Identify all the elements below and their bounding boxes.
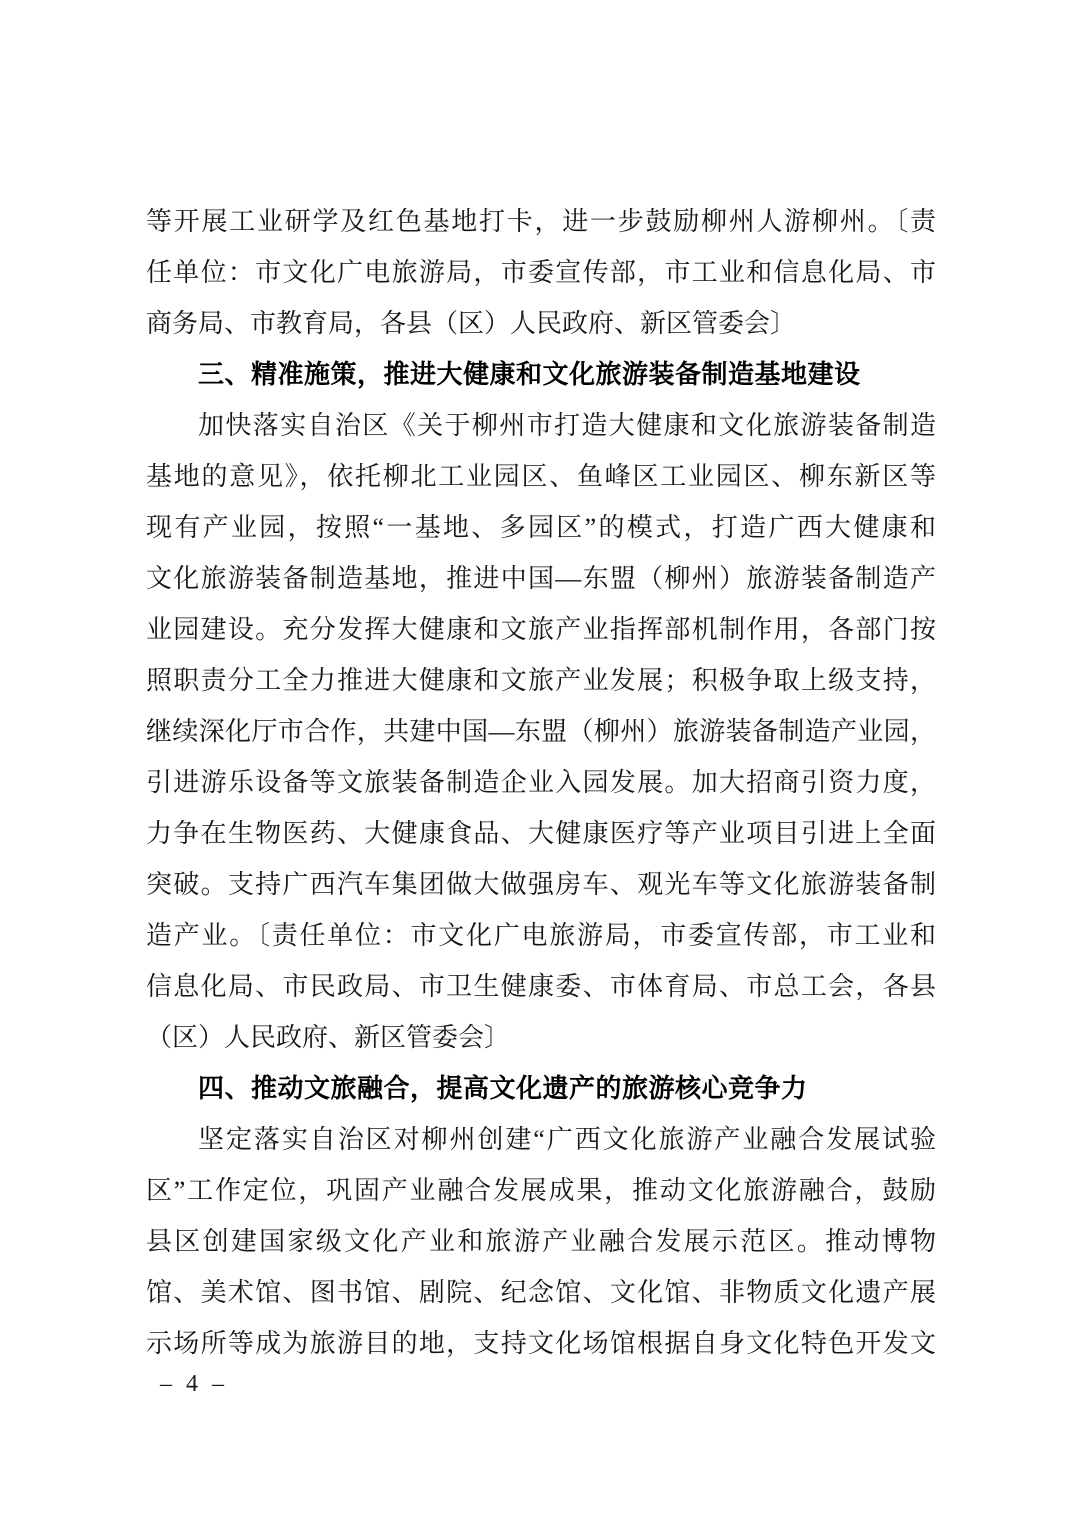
- text-line: 业园建设。充分发挥大健康和文旅产业指挥部机制作用，各部门按: [146, 604, 936, 655]
- text-line: （区）人民政府、新区管委会〕: [146, 1012, 936, 1063]
- text-line: 等开展工业研学及红色基地打卡，进一步鼓励柳州人游柳州。〔责: [146, 196, 936, 247]
- text-line: 现有产业园，按照“一基地、多园区”的模式，打造广西大健康和: [146, 502, 936, 553]
- section-heading-3: 三、精准施策，推进大健康和文化旅游装备制造基地建设: [146, 349, 936, 400]
- text-line: 商务局、市教育局，各县（区）人民政府、新区管委会〕: [146, 298, 936, 349]
- text-line: 造产业。〔责任单位：市文化广电旅游局，市委宣传部，市工业和: [146, 910, 936, 961]
- text-line: 力争在生物医药、大健康食品、大健康医疗等产业项目引进上全面: [146, 808, 936, 859]
- text-line: 任单位：市文化广电旅游局，市委宣传部，市工业和信息化局、市: [146, 247, 936, 298]
- page-number: – 4 –: [160, 1368, 228, 1400]
- section-heading-4: 四、推动文旅融合，提高文化遗产的旅游核心竞争力: [146, 1063, 936, 1114]
- text-line: 馆、美术馆、图书馆、剧院、纪念馆、文化馆、非物质文化遗产展: [146, 1267, 936, 1318]
- text-line: 引进游乐设备等文旅装备制造企业入园发展。加大招商引资力度，: [146, 757, 936, 808]
- text-line: 文化旅游装备制造基地，推进中国—东盟（柳州）旅游装备制造产: [146, 553, 936, 604]
- text-line: 信息化局、市民政局、市卫生健康委、市体育局、市总工会，各县: [146, 961, 936, 1012]
- text-line: 示场所等成为旅游目的地，支持文化场馆根据自身文化特色开发文: [146, 1318, 936, 1369]
- document-page: 等开展工业研学及红色基地打卡，进一步鼓励柳州人游柳州。〔责 任单位：市文化广电旅…: [0, 0, 1074, 1520]
- text-line: 加快落实自治区《关于柳州市打造大健康和文化旅游装备制造: [146, 400, 936, 451]
- text-line: 基地的意见》，依托柳北工业园区、鱼峰区工业园区、柳东新区等: [146, 451, 936, 502]
- text-line: 继续深化厅市合作，共建中国—东盟（柳州）旅游装备制造产业园，: [146, 706, 936, 757]
- text-line: 照职责分工全力推进大健康和文旅产业发展；积极争取上级支持，: [146, 655, 936, 706]
- document-body: 等开展工业研学及红色基地打卡，进一步鼓励柳州人游柳州。〔责 任单位：市文化广电旅…: [146, 196, 936, 1369]
- text-line: 县区创建国家级文化产业和旅游产业融合发展示范区。推动博物: [146, 1216, 936, 1267]
- text-line: 突破。支持广西汽车集团做大做强房车、观光车等文化旅游装备制: [146, 859, 936, 910]
- text-line: 区”工作定位，巩固产业融合发展成果，推动文化旅游融合，鼓励: [146, 1165, 936, 1216]
- text-line: 坚定落实自治区对柳州创建“广西文化旅游产业融合发展试验: [146, 1114, 936, 1165]
